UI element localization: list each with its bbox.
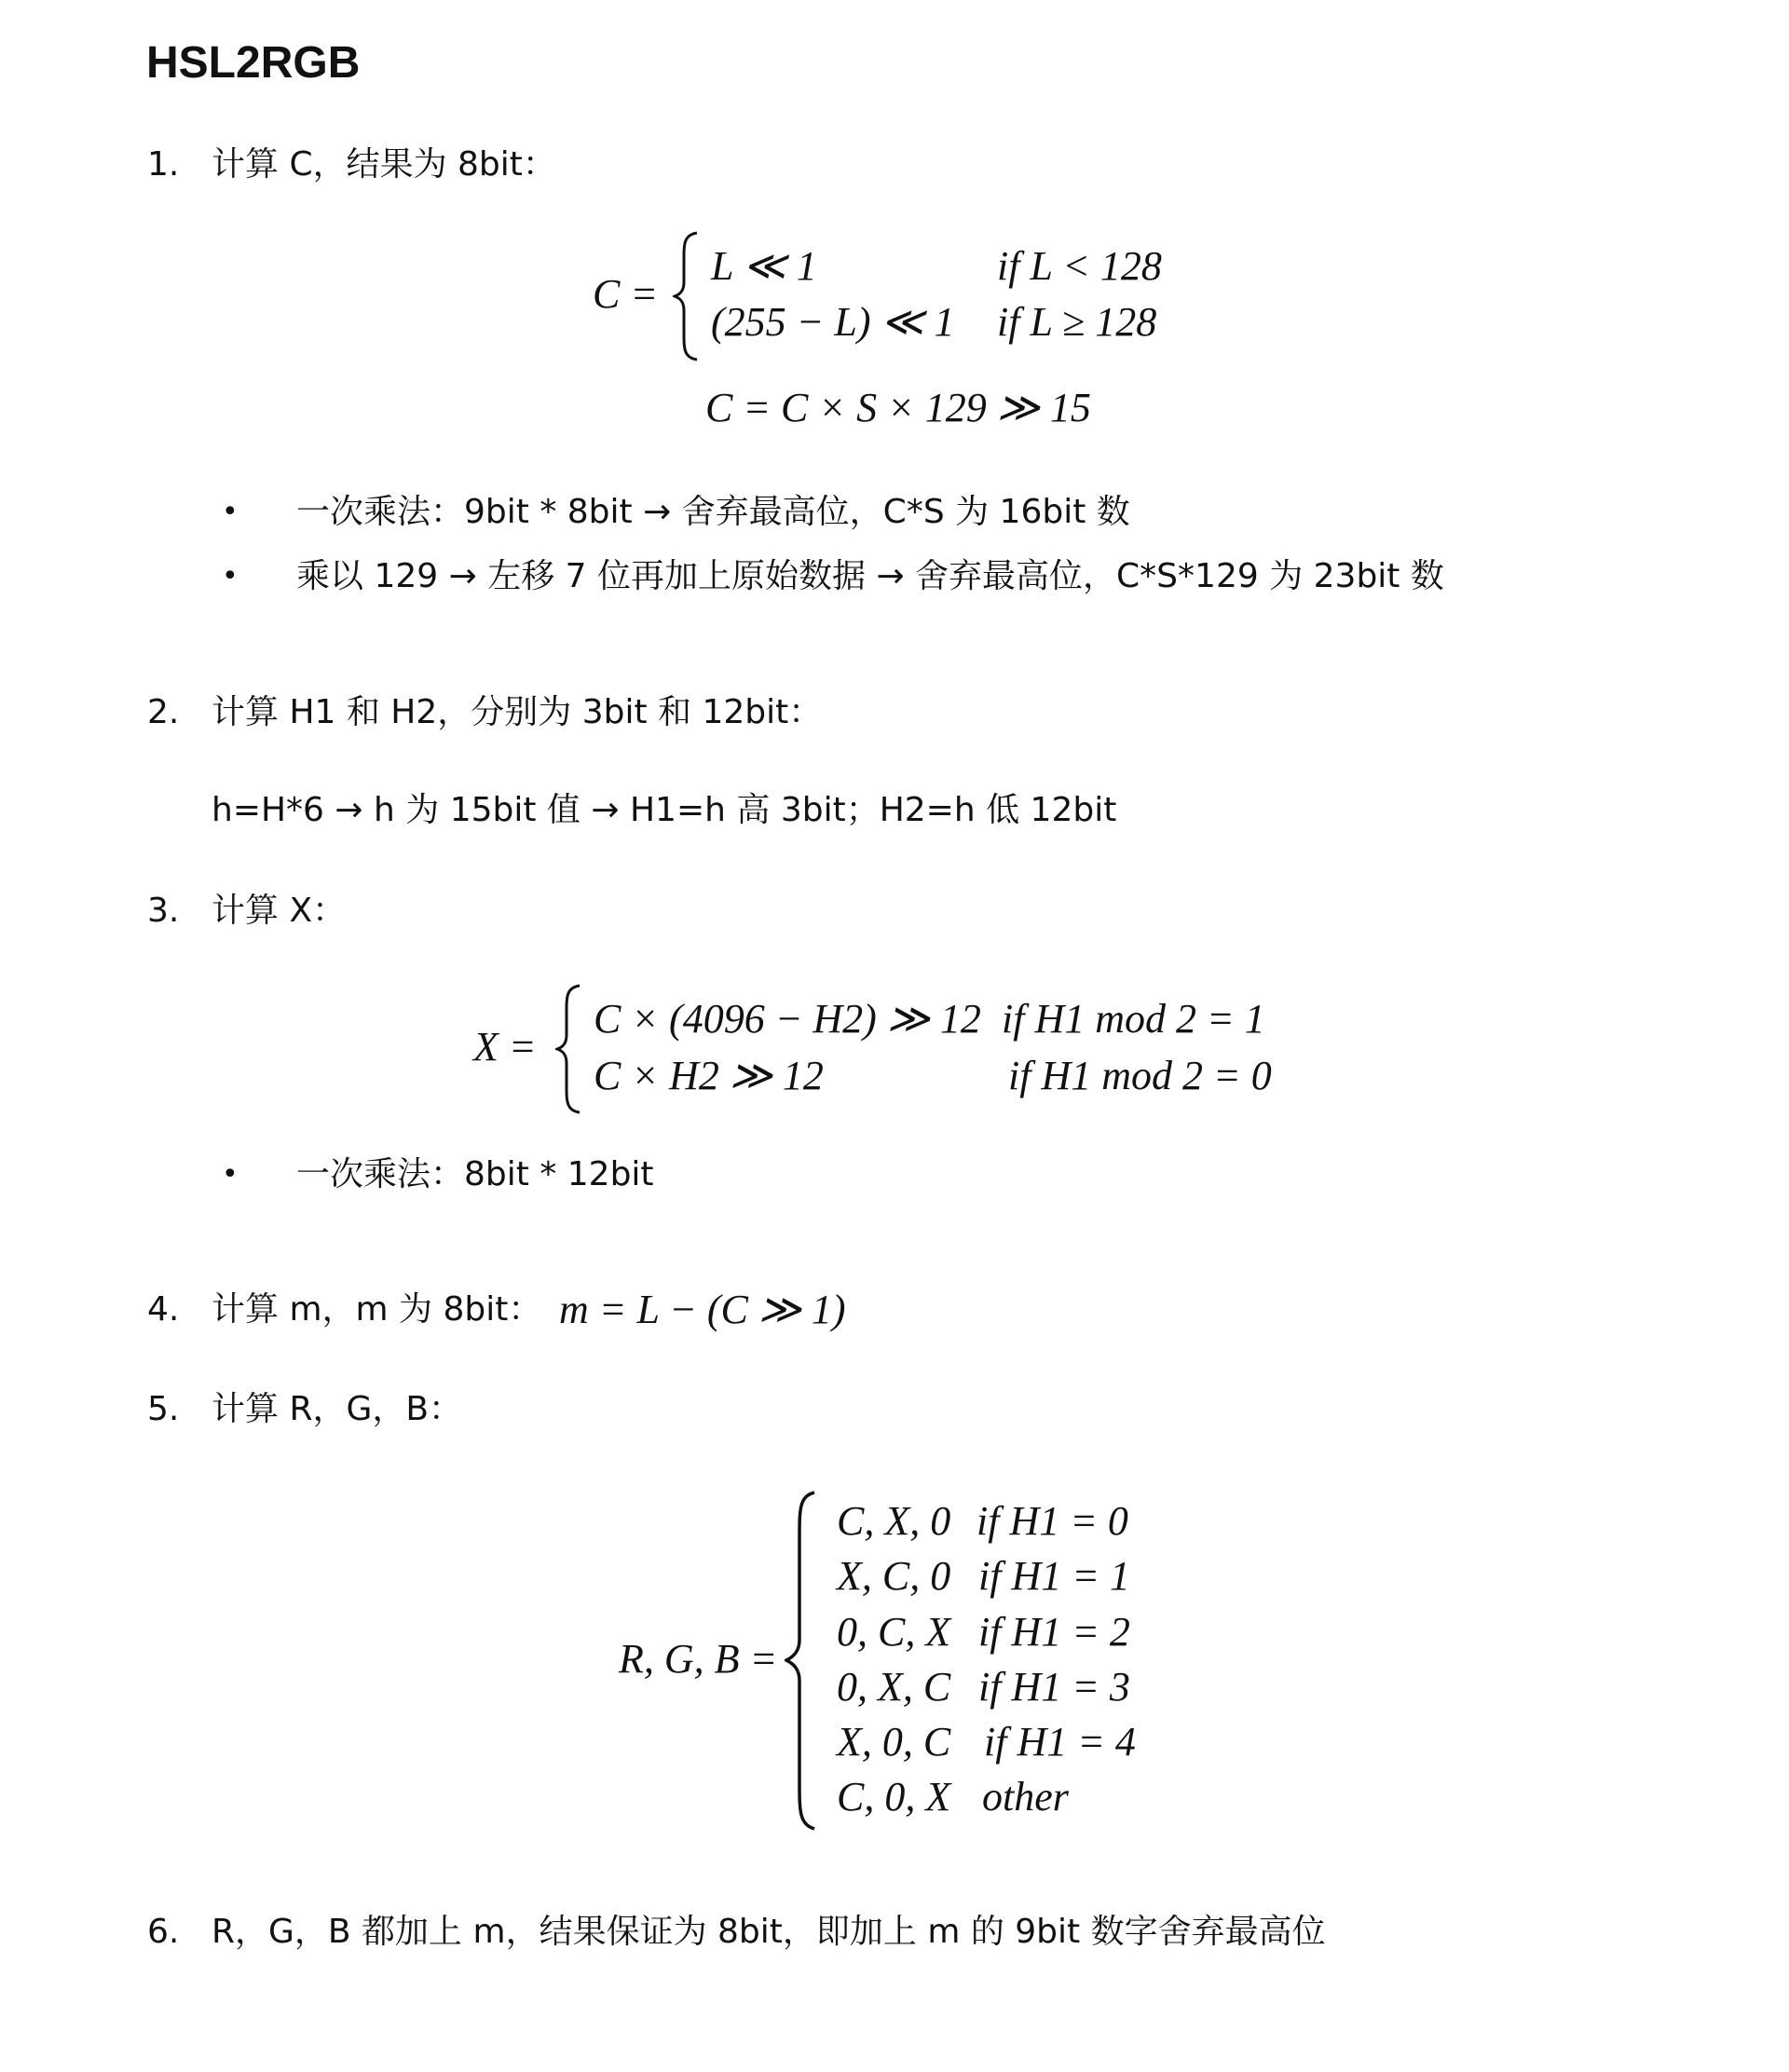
formula-rgb-case-5-cond: if H1 = 4 xyxy=(984,1718,1136,1766)
formula-rgb-case-2-expr: X, C, 0 xyxy=(837,1552,950,1601)
step-1-bullet-2: 乘以 129 → 左移 7 位再加上原始数据 → 舍弃最高位，C*S*129 为… xyxy=(296,556,1444,597)
formula-c-lhs: C = xyxy=(593,270,658,319)
page-title: HSL2RGB xyxy=(146,37,360,89)
formula-rgb-case-5-expr: X, 0, C xyxy=(837,1718,950,1766)
formula-rgb-case-4-cond: if H1 = 3 xyxy=(978,1663,1130,1711)
left-brace-icon xyxy=(673,231,701,361)
step-6-number: 6. xyxy=(147,1912,179,1953)
left-brace-icon xyxy=(555,984,583,1114)
formula-rgb-case-6-expr: C, 0, X xyxy=(837,1773,950,1821)
step-4-heading: 计算 m，m 为 8bit： xyxy=(212,1289,541,1330)
formula-c-case-1-cond: if L < 128 xyxy=(997,242,1162,291)
formula-rgb-case-1-cond: if H1 = 0 xyxy=(976,1497,1128,1546)
step-6-heading: R，G，B 都加上 m，结果保证为 8bit，即加上 m 的 9bit 数字舍弃… xyxy=(212,1912,1326,1953)
bullet-icon: • xyxy=(222,496,239,528)
step-1-number: 1. xyxy=(147,144,179,185)
step-1-heading: 计算 C，结果为 8bit： xyxy=(212,144,556,185)
step-5-heading: 计算 R，G，B： xyxy=(212,1389,462,1430)
step-4-number: 4. xyxy=(147,1289,179,1330)
step-3-number: 3. xyxy=(147,891,179,932)
step-3-bullet-1: 一次乘法：8bit * 12bit xyxy=(296,1154,654,1195)
bullet-icon: • xyxy=(222,1158,239,1191)
formula-rgb-case-2-cond: if H1 = 1 xyxy=(978,1552,1130,1601)
bullet-icon: • xyxy=(222,560,239,593)
formula-c-case-2-expr: (255 − L) ≪ 1 xyxy=(711,298,955,347)
formula-rgb-case-1-expr: C, X, 0 xyxy=(837,1497,950,1546)
formula-c-scaled: C = C × S × 129 ≫ 15 xyxy=(705,384,1091,432)
formula-rgb-case-6-cond: other xyxy=(982,1773,1069,1821)
formula-rgb-case-3-cond: if H1 = 2 xyxy=(978,1608,1130,1656)
step-2-number: 2. xyxy=(147,692,179,733)
formula-rgb-case-3-expr: 0, C, X xyxy=(837,1608,950,1656)
formula-x-case-1-cond: if H1 mod 2 = 1 xyxy=(1002,995,1265,1043)
step-1-bullet-1: 一次乘法：9bit * 8bit → 舍弃最高位，C*S 为 16bit 数 xyxy=(296,492,1130,533)
formula-rgb-case-4-expr: 0, X, C xyxy=(837,1663,950,1711)
formula-x-case-1-expr: C × (4096 − H2) ≫ 12 xyxy=(594,995,981,1043)
step-3-heading: 计算 X： xyxy=(212,891,346,932)
formula-c-case-2-cond: if L ≥ 128 xyxy=(997,298,1156,347)
formula-m: m = L − (C ≫ 1) xyxy=(559,1286,846,1334)
formula-rgb-lhs: R, G, B = xyxy=(619,1635,777,1683)
formula-c-case-1-expr: L ≪ 1 xyxy=(711,242,817,291)
formula-x-lhs: X = xyxy=(473,1023,537,1071)
step-5-number: 5. xyxy=(147,1389,179,1430)
step-2-detail: h=H*6 → h 为 15bit 值 → H1=h 高 3bit；H2=h 低… xyxy=(212,790,1116,831)
left-brace-icon xyxy=(785,1491,818,1831)
formula-x-case-2-expr: C × H2 ≫ 12 xyxy=(594,1052,824,1100)
step-2-heading: 计算 H1 和 H2，分别为 3bit 和 12bit： xyxy=(212,692,822,733)
formula-x-case-2-cond: if H1 mod 2 = 0 xyxy=(1008,1052,1272,1100)
